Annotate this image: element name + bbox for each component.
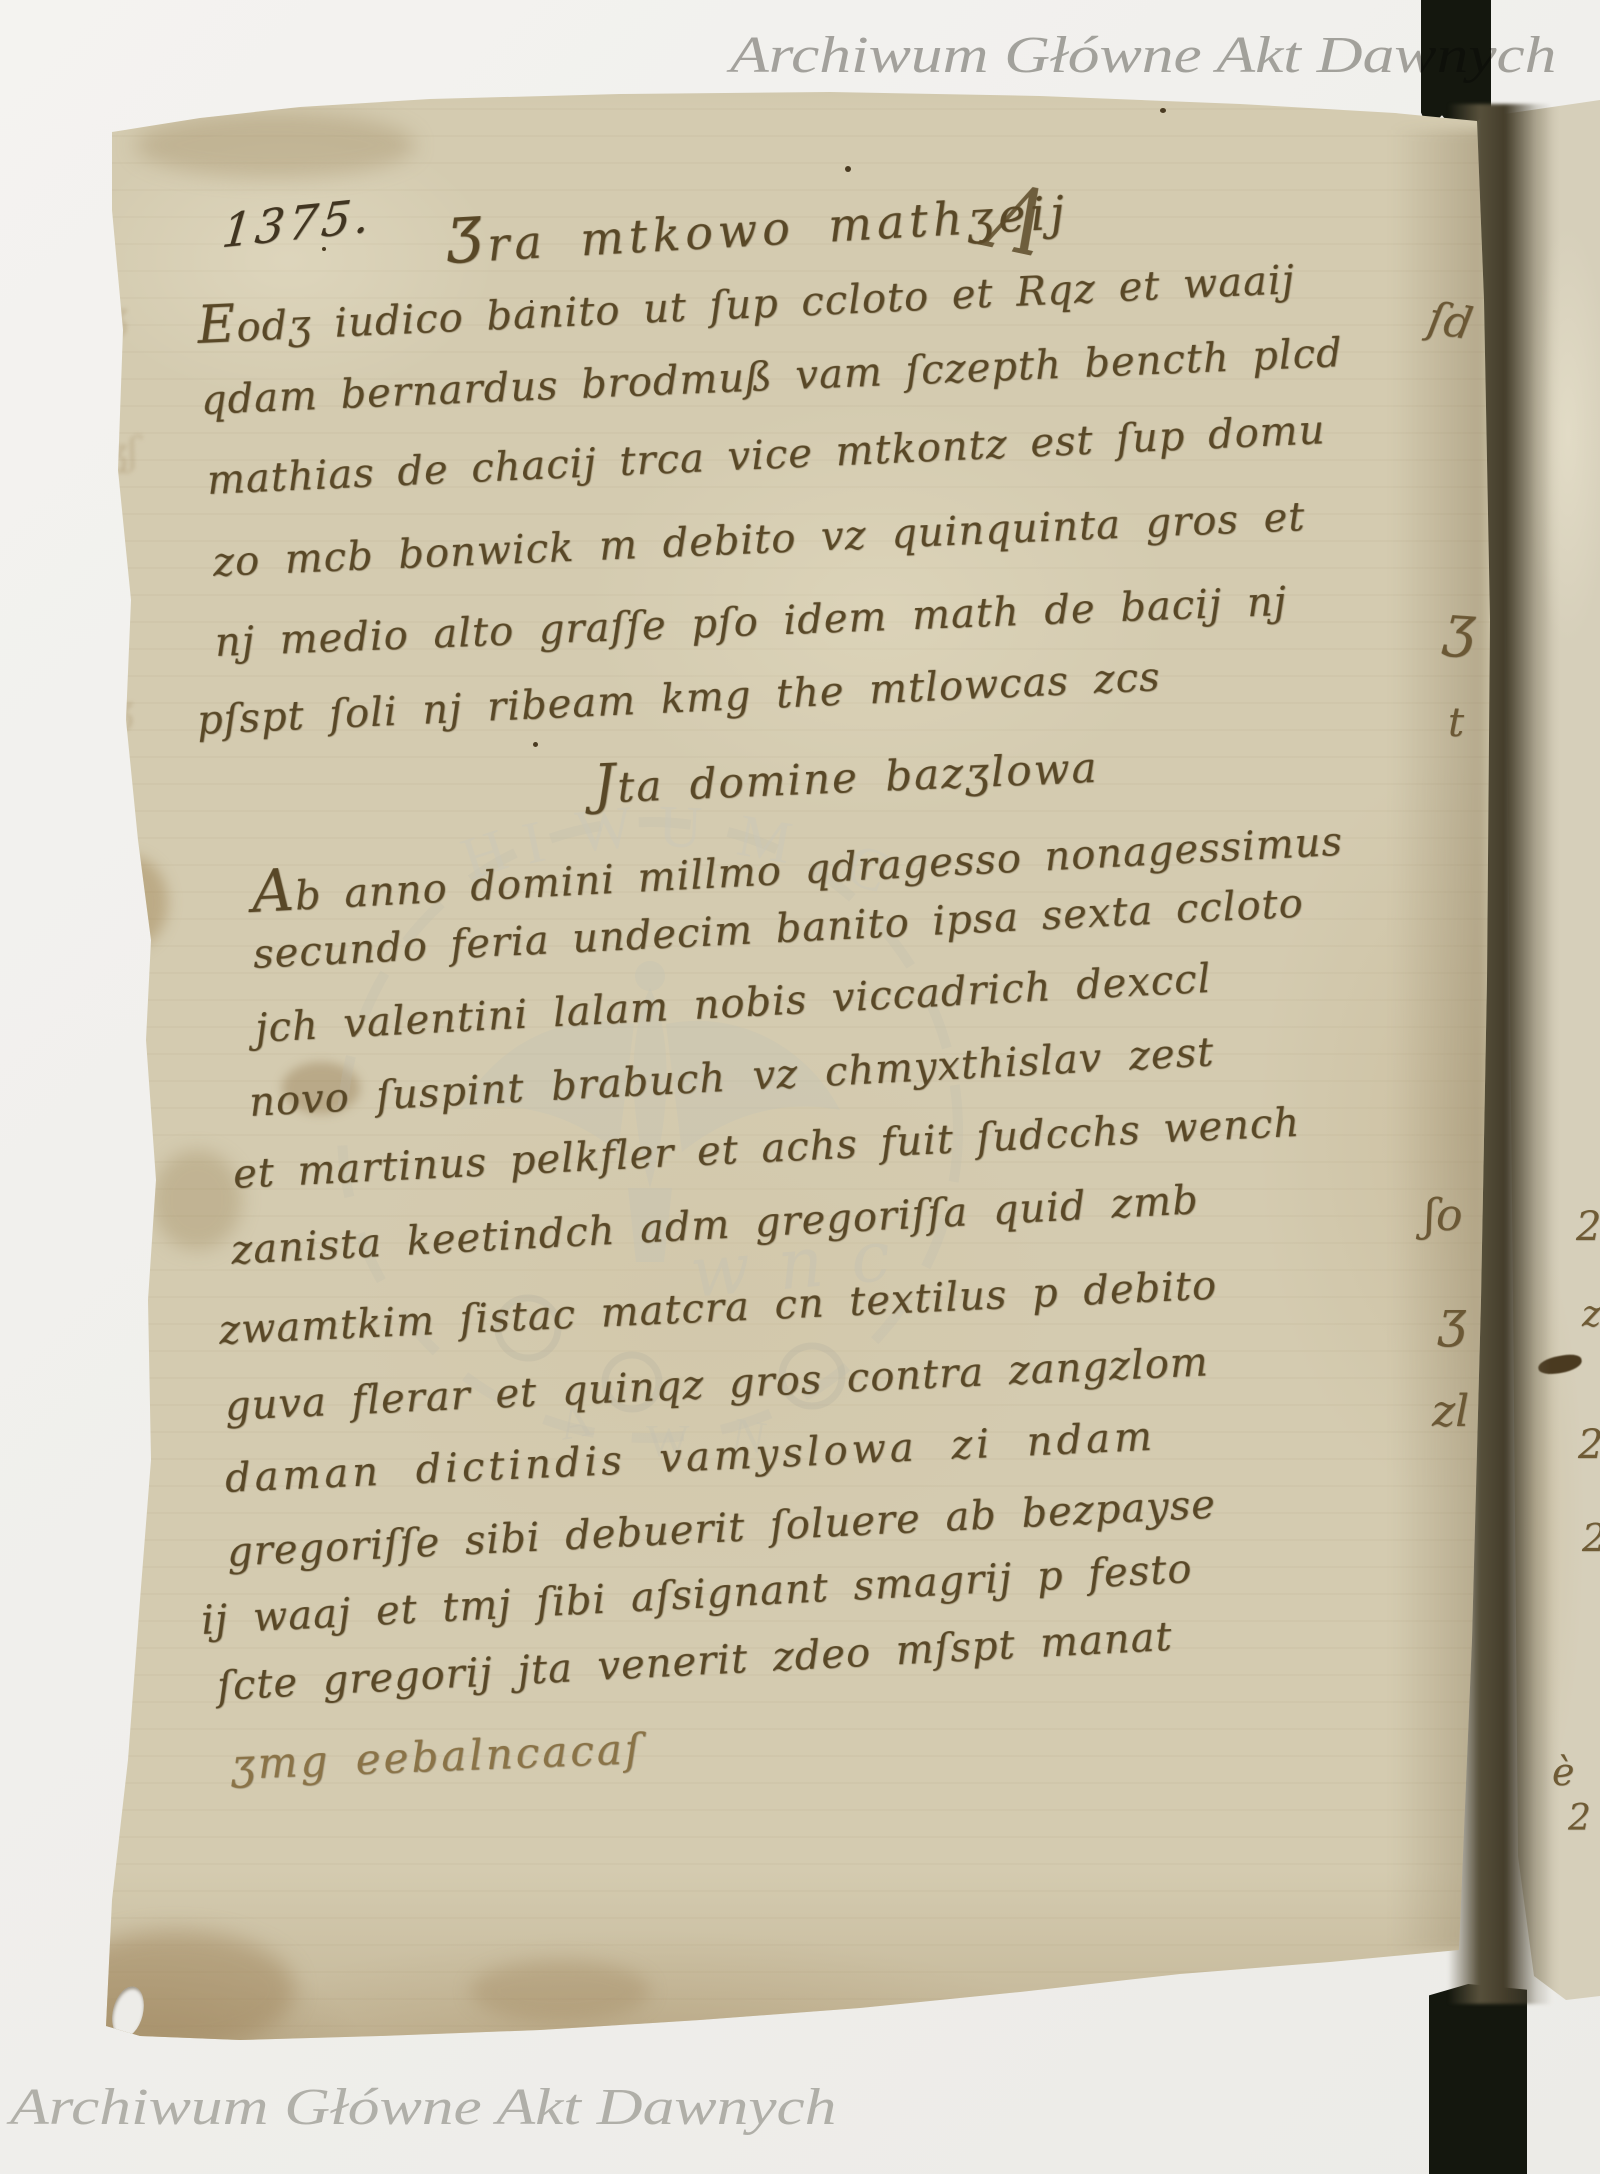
paper-stain [470, 1960, 650, 2022]
ink-fragment: t [1448, 700, 1464, 746]
entry2-heading: Jta domine bazʒlowa [592, 731, 1100, 816]
archive-watermark-top: Archiwum Główne Akt Dawnych [730, 26, 1556, 85]
manuscript-page: H I W U M C A W N [0, 0, 1600, 2174]
ink-fragment: ſd [1424, 293, 1477, 351]
ink-speck [533, 742, 538, 747]
paper-stain [135, 112, 415, 178]
binding-ribbon-bottom [1429, 1984, 1527, 2174]
ink-speck [845, 166, 851, 172]
ink-fragment: 2 [1578, 1422, 1600, 1468]
paper-stain [152, 1150, 242, 1250]
archive-watermark-bottom: Archiwum Główne Akt Dawnych [10, 2078, 836, 2137]
ink-fragment: 2 [1576, 1204, 1600, 1250]
ink-fragment: ʒ [1438, 1290, 1466, 1348]
ink-speck [322, 247, 326, 251]
ink-fragment: 2 [1568, 1798, 1591, 1839]
paper-stain [55, 1930, 295, 2050]
manuscript-line: ʒmg eebalncacaſ [230, 1724, 644, 1789]
ink-fragment: z [1582, 1294, 1600, 1335]
bleedthrough-mark: ʃ [96, 565, 109, 610]
paper-stain [88, 855, 168, 950]
ink-fragment: ʃo [1424, 1190, 1462, 1241]
manuscript-line: mathias de chacij trca vice mtkontz est … [206, 407, 1326, 504]
folio-number: 1375. [220, 188, 377, 259]
ink-fragment: ʒ [1442, 593, 1478, 660]
bleedthrough-mark: ʒ [110, 687, 134, 732]
ink-fragment: zl [1432, 1386, 1469, 1437]
bleedthrough-mark: ʃʒ [95, 294, 130, 340]
ink-fragment: 2 [1582, 1516, 1600, 1560]
manuscript-line: zo mcb bonwick m debito vz quinquinta gr… [212, 494, 1306, 586]
manuscript-line: pſspt ſoli nj ribeam kmg the mtlowcas zc… [196, 654, 1162, 744]
bleedthrough-mark: ʒʃ [105, 429, 140, 475]
ink-fragment: è [1552, 1750, 1575, 1794]
ink-speck [1160, 108, 1166, 113]
scanned-document-view: 2 z 2 2 è 2 H I W U M [0, 0, 1600, 2174]
manuscript-line: nj medio alto graſſe pſo idem math de ba… [214, 579, 1288, 666]
